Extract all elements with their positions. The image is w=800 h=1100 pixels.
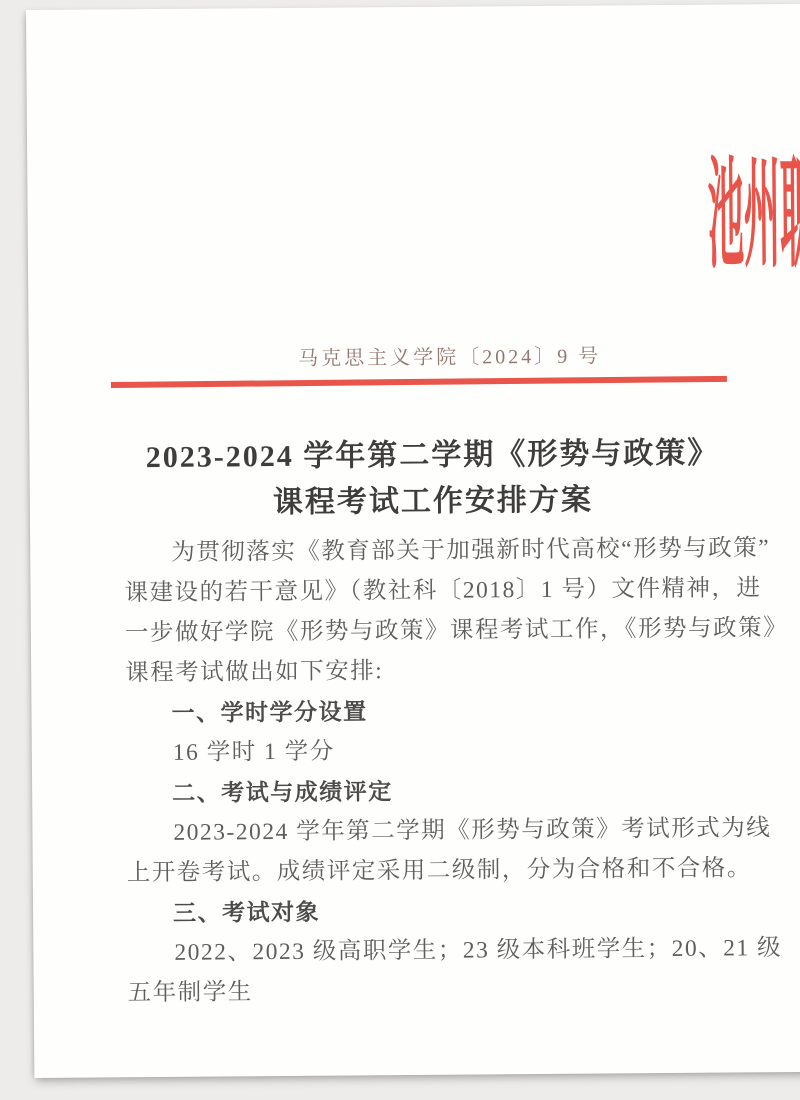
section-heading: 二、考试与成绩评定 [126,768,746,813]
body-line: 为贯彻落实《教育部关于加强新时代高校“形势与政策” [124,528,744,573]
body-line: 上开卷考试。成绩评定采用二级制，分为合格和不合格。 [127,848,747,893]
body-line: 16 学时 1 学分 [126,728,746,773]
document-title-line1: 2023-2024 学年第二学期《形势与政策》 [29,430,800,482]
section-heading: 一、学时学分设置 [125,688,745,733]
document-title-line2: 课程考试工作安排方案 [30,476,800,528]
red-divider-line [111,376,727,388]
body-line: 2022、2023 级高职学生；23 级本科班学生；20、21 级 [127,928,747,973]
section-heading: 三、考试对象 [127,888,747,933]
document-title: 2023-2024 学年第二学期《形势与政策》 课程考试工作安排方案 [29,430,800,528]
document-page: 池州职业技术学院马克思主义学院文件 马克思主义学院〔2024〕9 号 2023-… [26,4,800,1078]
document-body: 为贯彻落实《教育部关于加强新时代高校“形势与政策” 课建设的若干意见》（教社科〔… [124,528,748,1013]
institution-title: 池州职业技术学院马克思主义学院文件 [707,143,800,285]
body-line: 2023-2024 学年第二学期《形势与政策》考试形式为线 [126,808,746,853]
body-line: 课建设的若干意见》（教社科〔2018〕1 号）文件精神，进 [124,568,744,613]
red-header-banner: 池州职业技术学院马克思主义学院文件 [27,150,800,288]
body-line: 课程考试做出如下安排: [125,648,745,693]
document-number: 马克思主义学院〔2024〕9 号 [47,338,800,374]
body-line: 五年制学生 [128,968,748,1013]
body-line: 一步做好学院《形势与政策》课程考试工作，《形势与政策》 [125,608,745,653]
